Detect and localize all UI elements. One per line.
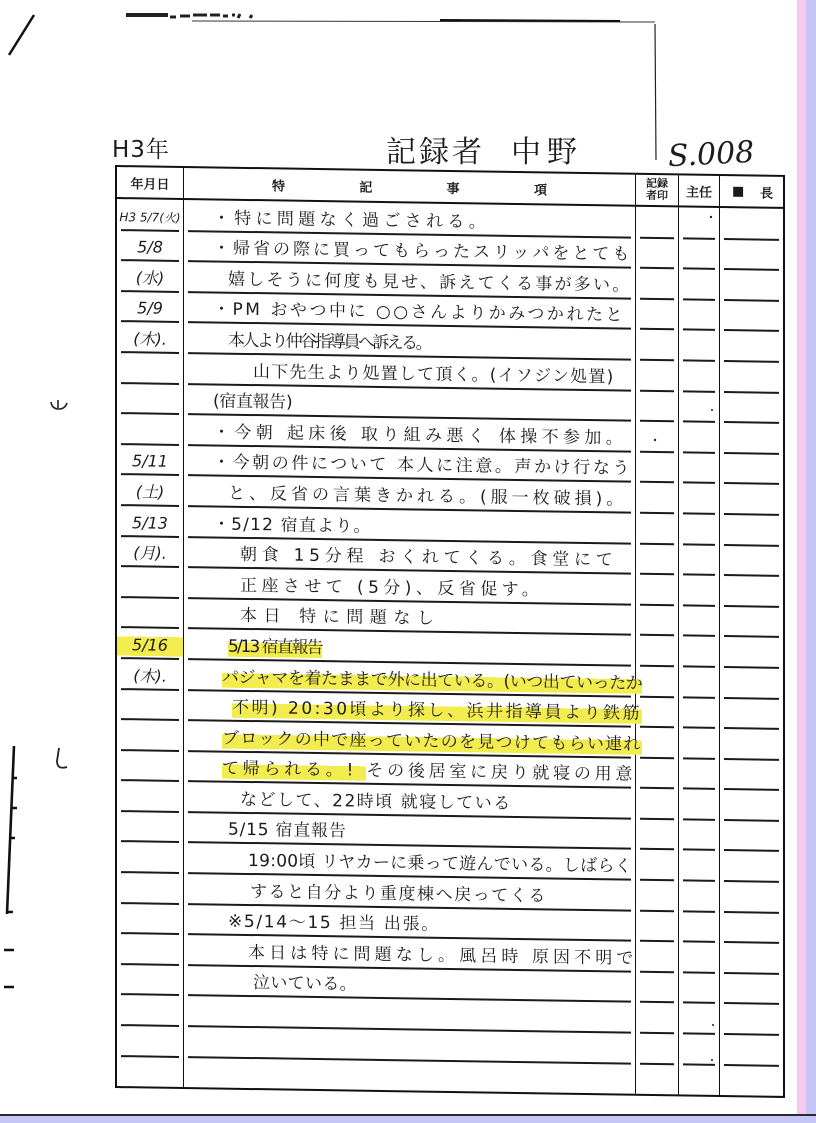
chief-stamp-cell bbox=[679, 299, 720, 330]
entry-text: ・5/12 宿直より。 bbox=[213, 514, 372, 536]
chief-stamp-cell bbox=[679, 911, 720, 942]
entry-text-segment: (宿直報告) bbox=[213, 392, 292, 413]
entry-text: 5/15 宿直報告 bbox=[228, 820, 347, 842]
recorder-name: 中野 bbox=[511, 135, 583, 170]
margin-scribble-top bbox=[51, 400, 67, 409]
entry-text-segment: 正座させて (5分)、反省促す。 bbox=[240, 576, 543, 600]
recorder-stamp-cell bbox=[636, 696, 679, 727]
entry-text: ブロックの中で座っていたのを見つけてもらい連れ bbox=[222, 728, 642, 754]
date-text bbox=[117, 1082, 183, 1083]
table-body: H3 5/7(火)・特に問題なく過ごされる。5/8・帰省の際に買ってもらったスリ… bbox=[117, 199, 783, 1096]
date-cell bbox=[117, 719, 184, 751]
recorder-stamp-cell bbox=[636, 574, 679, 605]
date-cell bbox=[117, 903, 184, 935]
entry-text-segment: その後居室に戻り就寝の用意 bbox=[366, 761, 636, 785]
highlighted-text: パジャマを着たままで外に出ている。(いつ出ていったか bbox=[222, 667, 642, 693]
date-cell bbox=[117, 566, 184, 598]
director-stamp-cell bbox=[720, 759, 783, 791]
date-cell: 5/16 bbox=[117, 627, 184, 659]
date-text: (土) bbox=[117, 483, 183, 502]
date-text bbox=[117, 379, 183, 380]
highlighted-text: ブロックの中で座っていたのを見つけてもらい連れ bbox=[222, 728, 642, 754]
date-cell bbox=[117, 689, 184, 721]
chief-stamp-cell bbox=[679, 544, 720, 575]
recorder-stamp-cell bbox=[636, 635, 679, 666]
recorder-heading: 記録者中野 bbox=[386, 127, 583, 171]
entry-text: 朝食 15分程 おくれてくる。食堂にて bbox=[240, 545, 618, 571]
chief-stamp-cell bbox=[679, 574, 720, 605]
director-stamp-cell bbox=[720, 1003, 783, 1035]
date-text bbox=[117, 1021, 183, 1022]
date-cell bbox=[117, 964, 184, 996]
director-stamp-cell bbox=[720, 789, 783, 821]
date-cell: (土) bbox=[117, 474, 184, 506]
recorder-stamp-cell bbox=[636, 972, 679, 1003]
top-page-edge-dark bbox=[440, 20, 620, 21]
header-director-char: 長 bbox=[760, 182, 773, 201]
director-stamp-cell bbox=[720, 514, 783, 546]
header-content-label: 特 記 事 項 bbox=[184, 168, 635, 205]
entry-text-segment: 本人より仲谷指導員へ訴える。 bbox=[228, 331, 430, 354]
header-content-char: 事 bbox=[447, 177, 460, 196]
entry-text: 本日 特に問題なし bbox=[240, 606, 440, 629]
chief-stamp-cell bbox=[679, 513, 720, 544]
director-stamp-cell bbox=[720, 881, 783, 913]
date-text bbox=[117, 776, 183, 777]
entry-text-segment: ・帰省の際に買ってもらったスリッパをとても bbox=[213, 239, 632, 265]
chief-stamp-cell bbox=[679, 269, 720, 300]
director-stamp-cell bbox=[720, 422, 783, 454]
entry-text-segment: 19:00頃 リヤカーに乗って遊んでいる。しばらく bbox=[248, 851, 632, 877]
entry-text-segment: 本日 特に問題なし bbox=[240, 606, 440, 629]
entry-text-segment: などして、22時頃 就寝している bbox=[240, 790, 512, 814]
header-chief-label: 主任 bbox=[679, 175, 719, 206]
entry-text-segment: 泣いている。 bbox=[253, 973, 357, 995]
chief-stamp-cell bbox=[679, 850, 720, 881]
header-recorder-stamp-line: 者印 bbox=[646, 190, 668, 202]
director-stamp-cell bbox=[720, 239, 783, 271]
entry-text-segment: ・5/12 宿直より。 bbox=[213, 514, 372, 536]
date-cell: (木). bbox=[117, 658, 184, 690]
entry-text-segment: 嬉しそうに何度も見せ、訴えてくる事が多い。 bbox=[228, 269, 632, 295]
date-text bbox=[117, 990, 183, 991]
entry-text-segment: ・PM おやつ中に ○○さんよりかみつかれたと bbox=[213, 300, 625, 326]
chief-stamp-cell bbox=[679, 789, 720, 820]
date-cell: (月). bbox=[117, 536, 184, 568]
entry-text-segment: と、反省の言葉きかれる。(服一枚破損)。 bbox=[228, 484, 627, 510]
chief-stamp-cell bbox=[679, 360, 720, 391]
chief-stamp-cell bbox=[679, 972, 720, 1003]
entry-text: 本人より仲谷指導員へ訴える。 bbox=[228, 331, 430, 354]
entry-text: と、反省の言葉きかれる。(服一枚破損)。 bbox=[228, 484, 627, 510]
director-stamp-cell bbox=[720, 728, 783, 760]
chief-stamp-cell bbox=[679, 758, 720, 789]
director-stamp-cell bbox=[720, 820, 783, 852]
date-text bbox=[117, 899, 183, 900]
recorder-stamp-cell bbox=[636, 513, 679, 544]
date-cell: (水) bbox=[117, 260, 184, 292]
entry-text: 5/13 宿直報告 bbox=[228, 637, 322, 658]
era-year: H3年 bbox=[112, 131, 170, 164]
director-stamp-cell bbox=[720, 545, 783, 577]
date-cell: 5/9 bbox=[117, 291, 184, 323]
left-margin-dashes bbox=[4, 950, 14, 987]
header-recorder-stamp: 記録 者印 bbox=[636, 175, 679, 206]
date-cell: H3 5/7(火) bbox=[117, 199, 184, 231]
date-cell bbox=[117, 811, 184, 843]
recorder-label: 記録者 bbox=[386, 135, 485, 170]
entry-text-segment: ・特に問題なく過ごされる。 bbox=[213, 208, 490, 232]
director-stamp-cell bbox=[720, 1065, 783, 1097]
left-margin-line bbox=[7, 746, 17, 914]
director-stamp-cell bbox=[720, 697, 783, 729]
director-stamp-cell bbox=[720, 483, 783, 515]
header-content-char: 項 bbox=[534, 179, 547, 198]
page-number: S.008 bbox=[667, 135, 755, 174]
director-stamp-cell bbox=[720, 1034, 783, 1066]
recorder-stamp-cell bbox=[636, 910, 679, 941]
top-page-edge bbox=[192, 21, 655, 22]
date-text: 5/8 bbox=[117, 238, 183, 257]
date-cell bbox=[117, 780, 184, 812]
date-text bbox=[117, 868, 183, 869]
date-cell bbox=[117, 841, 184, 873]
chief-stamp-cell bbox=[679, 1033, 720, 1064]
recorder-stamp-cell bbox=[636, 788, 679, 819]
recorder-stamp-cell bbox=[636, 819, 679, 850]
chief-stamp-cell bbox=[679, 422, 720, 453]
date-text bbox=[117, 409, 183, 410]
scan-edge-pink bbox=[797, 0, 806, 1123]
chief-stamp-cell bbox=[679, 1064, 720, 1095]
entry-text-segment: すると自分より重度棟へ戻ってくる bbox=[250, 882, 547, 906]
director-stamp-cell bbox=[720, 850, 783, 882]
date-cell bbox=[117, 1025, 184, 1057]
recorder-stamp-cell bbox=[636, 451, 679, 482]
header-content: 特 記 事 項 bbox=[184, 168, 636, 205]
entry-text: 本日は特に問題なし。風呂時 原因不明で bbox=[248, 943, 638, 969]
entry-text: パジャマを着たままで外に出ている。(いつ出ていったか bbox=[222, 667, 642, 693]
entry-text: 正座させて (5分)、反省促す。 bbox=[240, 576, 543, 600]
header-chief-stamp: 主任 bbox=[679, 175, 720, 206]
entry-text: 山下先生より処置して頂く。(イソジン処置) bbox=[253, 362, 615, 387]
recorder-stamp-cell bbox=[636, 727, 679, 758]
entry-text-segment: 朝食 15分程 おくれてくる。食堂にて bbox=[240, 545, 618, 571]
highlighted-text: て帰られる。! bbox=[222, 759, 366, 781]
director-stamp-cell bbox=[720, 453, 783, 485]
date-text: 5/9 bbox=[117, 299, 183, 318]
entry-text: (宿直報告) bbox=[213, 392, 292, 413]
date-cell bbox=[117, 597, 184, 629]
header-content-char: 記 bbox=[359, 176, 372, 195]
chief-stamp-cell bbox=[679, 391, 720, 422]
top-cut-text bbox=[170, 14, 252, 18]
recorder-stamp-cell bbox=[636, 757, 679, 788]
chief-stamp-cell bbox=[679, 238, 720, 269]
date-text: 5/16 bbox=[117, 636, 183, 655]
entry-text: ・今朝の件について 本人に注意。声かけ行なう bbox=[213, 453, 632, 479]
date-text bbox=[117, 593, 183, 594]
date-text: H3 5/7(火) bbox=[117, 208, 183, 227]
entry-text-segment: ※5/14〜15 担当 出張。 bbox=[228, 912, 440, 935]
recorder-stamp-cell bbox=[636, 880, 679, 911]
date-text bbox=[117, 1052, 183, 1053]
recorder-stamp-cell bbox=[636, 421, 679, 452]
recorder-stamp-cell bbox=[636, 299, 679, 330]
recorder-stamp-cell bbox=[636, 360, 679, 391]
chief-stamp-cell bbox=[679, 605, 720, 636]
date-cell bbox=[117, 413, 184, 445]
director-stamp-cell bbox=[720, 392, 783, 424]
header-director-label: ■ 長 bbox=[720, 176, 783, 207]
chief-stamp-cell bbox=[679, 330, 720, 361]
recorder-stamp-cell bbox=[636, 329, 679, 360]
scan-edge-lavender bbox=[806, 0, 816, 1123]
entry-text: ・帰省の際に買ってもらったスリッパをとても bbox=[213, 239, 632, 265]
chief-stamp-cell bbox=[679, 697, 720, 728]
entry-text-segment: 本日は特に問題なし。風呂時 原因不明で bbox=[248, 943, 638, 969]
entry-text: 嬉しそうに何度も見せ、訴えてくる事が多い。 bbox=[228, 269, 632, 295]
date-text: (木). bbox=[117, 330, 183, 349]
entry-text: 不明) 20:30頃より探し、浜井指導員より鉄筋 bbox=[232, 698, 642, 724]
entry-text-segment: ・今朝の件について 本人に注意。声かけ行なう bbox=[213, 453, 632, 479]
entry-text-segment: 5/15 宿直報告 bbox=[228, 820, 347, 842]
date-text: (水) bbox=[117, 269, 183, 288]
director-stamp-cell bbox=[720, 606, 783, 638]
recorder-stamp-cell bbox=[636, 604, 679, 635]
date-text bbox=[117, 929, 183, 930]
chief-stamp-cell bbox=[679, 942, 720, 973]
header-date: 年月日 bbox=[117, 167, 184, 198]
recorder-stamp-cell bbox=[636, 543, 679, 574]
record-table: 年月日 特 記 事 項 記録 者印 主任 ■ 長 H3 5/7(火)・特に問 bbox=[115, 165, 785, 1098]
chief-stamp-cell bbox=[679, 727, 720, 758]
entry-text: ・PM おやつ中に ○○さんよりかみつかれたと bbox=[213, 300, 625, 326]
date-text bbox=[117, 623, 183, 624]
entry-text: て帰られる。! その後居室に戻り就寝の用意 bbox=[222, 759, 636, 785]
chief-stamp-cell bbox=[679, 452, 720, 483]
recorder-stamp-cell bbox=[636, 1033, 679, 1064]
recorder-stamp-cell bbox=[636, 268, 679, 299]
director-stamp-cell bbox=[720, 330, 783, 362]
date-cell: 5/11 bbox=[117, 444, 184, 476]
entry-text: 19:00頃 リヤカーに乗って遊んでいる。しばらく bbox=[248, 851, 632, 877]
entry-text-segment: 山下先生より処置して頂く。(イソジン処置) bbox=[253, 362, 615, 387]
header-content-char: 特 bbox=[272, 175, 285, 194]
date-cell bbox=[117, 383, 184, 415]
underlying-page-edge bbox=[655, 24, 656, 160]
chief-stamp-cell bbox=[679, 207, 720, 238]
corner-slash-mark bbox=[9, 15, 34, 55]
header-date-label: 年月日 bbox=[117, 167, 183, 198]
director-stamp-cell bbox=[720, 912, 783, 944]
recorder-stamp-cell bbox=[636, 849, 679, 880]
entry-text: 泣いている。 bbox=[253, 973, 357, 995]
entry-text: ※5/14〜15 担当 出張。 bbox=[228, 912, 440, 935]
date-text: 5/11 bbox=[117, 452, 183, 471]
entry-cell bbox=[184, 1057, 636, 1094]
recorder-stamp-cell bbox=[636, 941, 679, 972]
director-stamp-cell bbox=[720, 208, 783, 240]
chief-stamp-cell bbox=[679, 819, 720, 850]
date-cell bbox=[117, 872, 184, 904]
entry-text: ・特に問題なく過ごされる。 bbox=[213, 208, 490, 232]
director-stamp-cell bbox=[720, 636, 783, 668]
chief-stamp-cell bbox=[679, 880, 720, 911]
scan-edge-bottom bbox=[0, 1114, 816, 1123]
date-cell bbox=[117, 994, 184, 1026]
highlighted-text: 不明) 20:30頃より探し、浜井指導員より鉄筋 bbox=[232, 698, 642, 724]
highlighted-text: 5/13 宿直報告 bbox=[228, 637, 322, 658]
date-text: 5/13 bbox=[117, 514, 183, 533]
entry-text: などして、22時頃 就寝している bbox=[240, 790, 512, 814]
entry-text: ・今朝 起床後 取り組み悪く 体操不参加。 bbox=[213, 422, 627, 448]
date-text bbox=[117, 440, 183, 441]
recorder-stamp-cell bbox=[636, 1063, 679, 1094]
director-stamp-cell bbox=[720, 973, 783, 1005]
header-director-stamp: ■ 長 bbox=[720, 176, 783, 207]
director-stamp-cell bbox=[720, 269, 783, 301]
recorder-stamp-cell bbox=[636, 482, 679, 513]
recorder-stamp-cell bbox=[636, 666, 679, 697]
date-cell: 5/8 bbox=[117, 230, 184, 262]
chief-stamp-cell bbox=[679, 636, 720, 667]
date-cell bbox=[117, 1056, 184, 1088]
chief-stamp-cell bbox=[679, 666, 720, 697]
header-recorder-stamp-label: 記録 者印 bbox=[636, 175, 678, 206]
date-text: (木). bbox=[117, 667, 183, 686]
director-stamp-cell bbox=[720, 575, 783, 607]
date-text bbox=[117, 746, 183, 747]
recorder-stamp-cell bbox=[636, 237, 679, 268]
director-stamp-cell bbox=[720, 942, 783, 974]
date-text bbox=[117, 960, 183, 961]
date-text: (月). bbox=[117, 544, 183, 563]
recorder-stamp-cell bbox=[636, 207, 679, 238]
chief-stamp-cell bbox=[679, 483, 720, 514]
entry-text: すると自分より重度棟へ戻ってくる bbox=[250, 882, 547, 906]
entry-text-segment: ・今朝 起床後 取り組み悪く 体操不参加。 bbox=[213, 422, 627, 448]
date-text bbox=[117, 715, 183, 716]
director-stamp-cell bbox=[720, 361, 783, 393]
recorder-stamp-cell bbox=[636, 1002, 679, 1033]
header-director-char: ■ bbox=[732, 184, 744, 199]
date-cell bbox=[117, 750, 184, 782]
chief-stamp-cell bbox=[679, 1003, 720, 1034]
date-cell bbox=[117, 933, 184, 965]
date-cell bbox=[117, 352, 184, 384]
director-stamp-cell bbox=[720, 300, 783, 332]
top-smudge bbox=[126, 13, 168, 17]
margin-scribble-mid bbox=[57, 748, 67, 768]
date-cell: (木). bbox=[117, 321, 184, 353]
director-stamp-cell bbox=[720, 667, 783, 699]
date-text bbox=[117, 837, 183, 838]
date-cell: 5/13 bbox=[117, 505, 184, 537]
recorder-stamp-cell bbox=[636, 390, 679, 421]
date-text bbox=[117, 807, 183, 808]
